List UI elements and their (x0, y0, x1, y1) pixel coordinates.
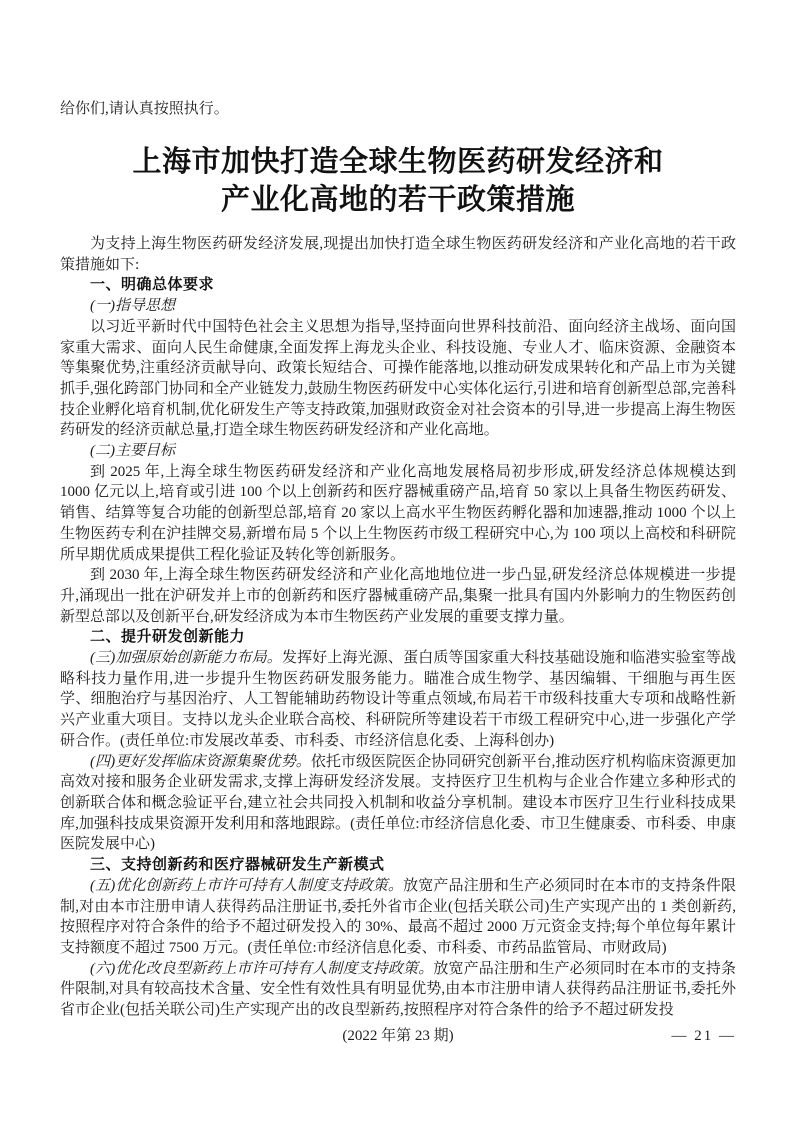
guiding-ideology-paragraph: 以习近平新时代中国特色社会主义思想为指导,坚持面向世界科技前沿、面向经济主战场、… (60, 317, 736, 441)
section-2-heading: 二、提升研发创新能力 (60, 627, 736, 648)
item-5-paragraph: (五)优化创新药上市许可持有人制度支持政策。放宽产品注册和生产必须同时在本市的支… (60, 876, 736, 959)
document-page: 给你们,请认真按照执行。 上海市加快打造全球生物医药研发经济和 产业化高地的若干… (0, 0, 793, 1122)
page-number: — 21 — (672, 1026, 737, 1046)
section-1-heading: 一、明确总体要求 (60, 275, 736, 296)
document-content: 给你们,请认真按照执行。 上海市加快打造全球生物医药研发经济和 产业化高地的若干… (60, 0, 736, 1021)
document-body: 为支持上海生物医药研发经济发展,现提出加快打造全球生物医药研发经济和产业化高地的… (60, 234, 736, 1021)
page-footer: (2022 年第 23 期) — 21 — (60, 1026, 736, 1046)
issue-label: (2022 年第 23 期) (60, 1026, 736, 1046)
item-6-lead: (六)优化改良型新药上市许可持有人制度支持政策。 (90, 961, 433, 977)
item-4-lead: (四)更好发挥临床资源集聚优势。 (90, 754, 311, 770)
title-line-1: 上海市加快打造全球生物医药研发经济和 (60, 143, 736, 181)
goal-2025-paragraph: 到 2025 年,上海全球生物医药研发经济和产业化高地发展格局初步形成,研发经济… (60, 462, 736, 566)
intro-paragraph: 为支持上海生物医药研发经济发展,现提出加快打造全球生物医药研发经济和产业化高地的… (60, 234, 736, 275)
item-3-lead: (三)加强原始创新能力布局。 (90, 650, 282, 666)
item-5-lead: (五)优化创新药上市许可持有人制度支持政策。 (90, 878, 403, 894)
document-title: 上海市加快打造全球生物医药研发经济和 产业化高地的若干政策措施 (60, 143, 736, 219)
item-3-paragraph: (三)加强原始创新能力布局。发挥好上海光源、蛋白质等国家重大科技基础设施和临港实… (60, 648, 736, 752)
title-line-2: 产业化高地的若干政策措施 (60, 181, 736, 219)
section-3-heading: 三、支持创新药和医疗器械研发生产新模式 (60, 855, 736, 876)
item-6-paragraph: (六)优化改良型新药上市许可持有人制度支持政策。放宽产品注册和生产必须同时在本市… (60, 959, 736, 1021)
goal-2030-paragraph: 到 2030 年,上海全球生物医药研发经济和产业化高地地位进一步凸显,研发经济总… (60, 565, 736, 627)
subsection-1-label: (一)指导思想 (60, 296, 736, 317)
subsection-2-label: (二)主要目标 (60, 441, 736, 462)
continuation-text: 给你们,请认真按照执行。 (60, 0, 736, 119)
item-4-paragraph: (四)更好发挥临床资源集聚优势。依托市级医院医企协同研究创新平台,推动医疗机构临… (60, 752, 736, 856)
